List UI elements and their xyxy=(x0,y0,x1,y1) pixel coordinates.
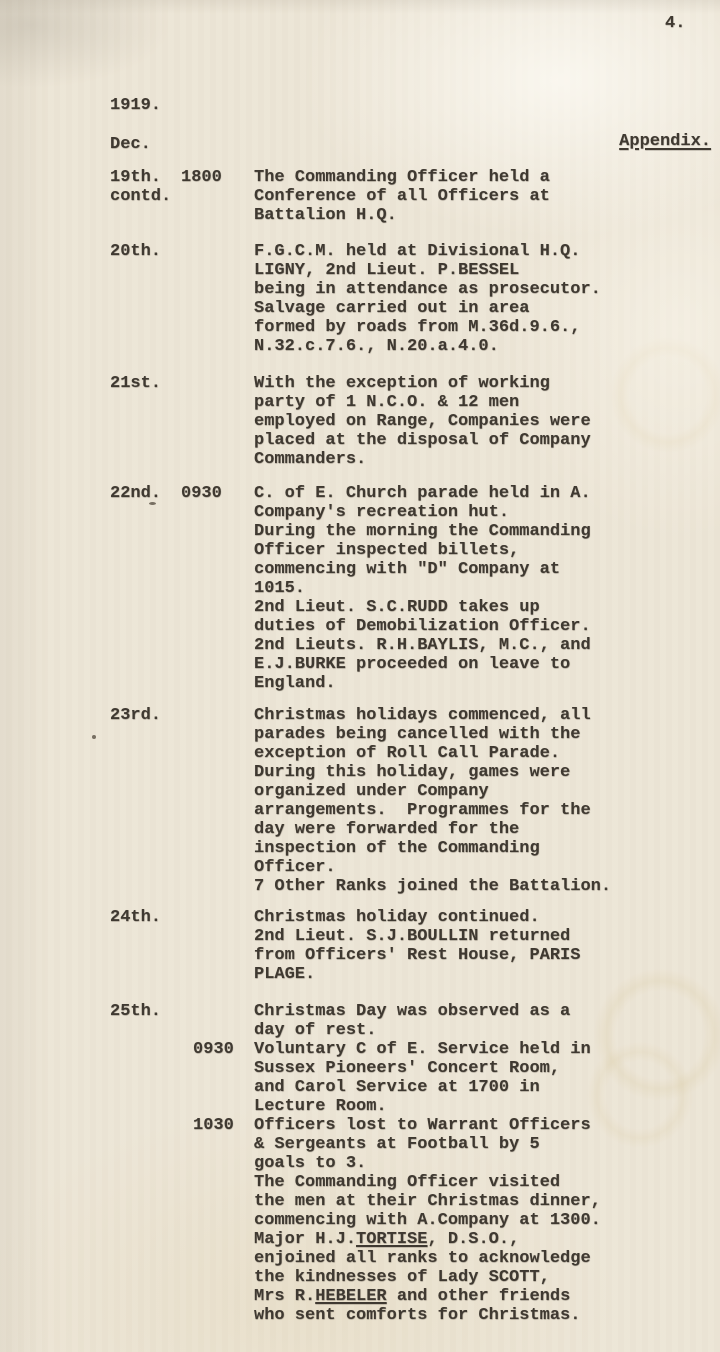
entry-text-line: Commanders. xyxy=(254,450,654,469)
entry-body: With the exception of workingparty of 1 … xyxy=(254,374,654,469)
entry-text-line: who sent comforts for Christmas. xyxy=(254,1306,654,1325)
underlined-name: HEBELER xyxy=(315,1287,386,1306)
entry-text-line: Major H.J.TORTISE, D.S.O., xyxy=(254,1230,654,1249)
entry-date-line: contd. xyxy=(110,187,171,206)
appendix-heading: Appendix. xyxy=(619,132,711,151)
entry-text-line: formed by roads from M.36d.9.6., xyxy=(254,318,654,337)
entry-text-line: Officer inspected billets, xyxy=(254,541,654,560)
entry-text-line: enjoined all ranks to acknowledge xyxy=(254,1249,654,1268)
entry-segment: F.G.C.M. held at Divisional H.Q.LIGNY, 2… xyxy=(254,242,654,356)
month-label: Dec. xyxy=(110,135,151,154)
entry-text-line: Mrs R.HEBELER and other friends xyxy=(254,1287,654,1306)
entry-date-line: 24th. xyxy=(110,908,161,927)
entry-text-line: day were forwarded for the xyxy=(254,820,654,839)
entry-text-line: 2nd Lieuts. R.H.BAYLIS, M.C., and xyxy=(254,636,654,655)
entry-text-line: being in attendance as prosecutor. xyxy=(254,280,654,299)
entry-segment: With the exception of workingparty of 1 … xyxy=(254,374,654,469)
entry-text-line: 2nd Lieut. S.C.RUDD takes up xyxy=(254,598,654,617)
entry-text-line: Christmas holidays commenced, all xyxy=(254,706,654,725)
entry-text-line: commencing with "D" Company at xyxy=(254,560,654,579)
entry-text-line: During the morning the Commanding xyxy=(254,522,654,541)
entry-text-line: & Sergeants at Football by 5 xyxy=(254,1135,654,1154)
entry-text-line: With the exception of working xyxy=(254,374,654,393)
entry-text-line: 7 Other Ranks joined the Battalion. xyxy=(254,877,654,896)
ink-speck xyxy=(149,502,156,505)
entry-text-line: During this holiday, games were xyxy=(254,763,654,782)
entry-date: 24th. xyxy=(110,908,161,927)
underlined-name: TORTISE xyxy=(356,1230,427,1249)
entry-date: 19th.contd. xyxy=(110,168,171,206)
entry-text-line: 1015. xyxy=(254,579,654,598)
entry-text-line: Christmas holiday continued. xyxy=(254,908,654,927)
entry-text-line: Salvage carried out in area xyxy=(254,299,654,318)
entry-text-line: goals to 3. xyxy=(254,1154,654,1173)
entry-date: 23rd. xyxy=(110,706,161,725)
entry-text-line: employed on Range, Companies were xyxy=(254,412,654,431)
ink-speck xyxy=(92,735,96,739)
entry-text-line: F.G.C.M. held at Divisional H.Q. xyxy=(254,242,654,261)
entry-time: 0930 xyxy=(193,1040,234,1059)
entry-text-line: Officers lost to Warrant Officers xyxy=(254,1116,654,1135)
entry-text-line: parades being cancelled with the xyxy=(254,725,654,744)
entry-time: 0930 xyxy=(181,484,222,503)
entry-segment: Christmas holiday continued.2nd Lieut. S… xyxy=(254,908,654,984)
entry-text-line: E.J.BURKE proceeded on leave to xyxy=(254,655,654,674)
entry-text-line: the kindnesses of Lady SCOTT, xyxy=(254,1268,654,1287)
entry-text-line: from Officers' Rest House, PARIS xyxy=(254,946,654,965)
entry-text-line: C. of E. Church parade held in A. xyxy=(254,484,654,503)
document-page: 4. 1919. Dec. Appendix. 19th.contd.1800T… xyxy=(0,0,720,1352)
year-label: 1919. xyxy=(110,96,161,115)
entry-text-line: Conference of all Officers at xyxy=(254,187,654,206)
entry-text-line: PLAGE. xyxy=(254,965,654,984)
entry-text-line: N.32.c.7.6., N.20.a.4.0. xyxy=(254,337,654,356)
entry-date: 20th. xyxy=(110,242,161,261)
entry-date-line: 23rd. xyxy=(110,706,161,725)
entry-text-line: exception of Roll Call Parade. xyxy=(254,744,654,763)
entry-text-line: Sussex Pioneers' Concert Room, xyxy=(254,1059,654,1078)
entry-body: Christmas holiday continued.2nd Lieut. S… xyxy=(254,908,654,984)
entry-text-line: Voluntary C of E. Service held in xyxy=(254,1040,654,1059)
entry-text-line: organized under Company xyxy=(254,782,654,801)
entry-text-line: day of rest. xyxy=(254,1021,654,1040)
entry-text-line: and Carol Service at 1700 in xyxy=(254,1078,654,1097)
entry-segment: 0930Voluntary C of E. Service held inSus… xyxy=(254,1040,654,1116)
entry-body: Christmas Day was observed as aday of re… xyxy=(254,1002,654,1325)
entry-text-line: England. xyxy=(254,674,654,693)
entry-body: 1800The Commanding Officer held aConfere… xyxy=(254,168,654,225)
entry-date: 25th. xyxy=(110,1002,161,1021)
entry-text-line: arrangements. Programmes for the xyxy=(254,801,654,820)
entry-segment: 1800The Commanding Officer held aConfere… xyxy=(254,168,654,225)
entry-date: 21st. xyxy=(110,374,161,393)
entry-segment: 1030Officers lost to Warrant Officers& S… xyxy=(254,1116,654,1325)
entry-time: 1800 xyxy=(181,168,222,187)
entry-time: 1030 xyxy=(193,1116,234,1135)
entry-text-line: inspection of the Commanding xyxy=(254,839,654,858)
entry-date: 22nd. xyxy=(110,484,161,503)
entry-segment: Christmas Day was observed as aday of re… xyxy=(254,1002,654,1040)
entry-segment: 0930C. of E. Church parade held in A.Com… xyxy=(254,484,654,693)
entry-text-line: the men at their Christmas dinner, xyxy=(254,1192,654,1211)
entry-text-line: 2nd Lieut. S.J.BOULLIN returned xyxy=(254,927,654,946)
entry-date-line: 22nd. xyxy=(110,484,161,503)
entry-text-line: commencing with A.Company at 1300. xyxy=(254,1211,654,1230)
entry-text-line: Battalion H.Q. xyxy=(254,206,654,225)
entry-body: F.G.C.M. held at Divisional H.Q.LIGNY, 2… xyxy=(254,242,654,356)
entry-text-line: party of 1 N.C.O. & 12 men xyxy=(254,393,654,412)
entry-date-line: 19th. xyxy=(110,168,171,187)
entry-text-line: placed at the disposal of Company xyxy=(254,431,654,450)
entry-text-line: LIGNY, 2nd Lieut. P.BESSEL xyxy=(254,261,654,280)
entry-text-line: Lecture Room. xyxy=(254,1097,654,1116)
entry-text-line: The Commanding Officer visited xyxy=(254,1173,654,1192)
entry-text-line: The Commanding Officer held a xyxy=(254,168,654,187)
page-number: 4. xyxy=(665,14,685,33)
entry-text-line: Officer. xyxy=(254,858,654,877)
entry-segment: Christmas holidays commenced, allparades… xyxy=(254,706,654,896)
entry-body: 0930C. of E. Church parade held in A.Com… xyxy=(254,484,654,693)
entry-text-line: Christmas Day was observed as a xyxy=(254,1002,654,1021)
entry-text-line: Company's recreation hut. xyxy=(254,503,654,522)
entry-text-line: duties of Demobilization Officer. xyxy=(254,617,654,636)
entry-body: Christmas holidays commenced, allparades… xyxy=(254,706,654,896)
entry-date-line: 20th. xyxy=(110,242,161,261)
entry-date-line: 25th. xyxy=(110,1002,161,1021)
entry-date-line: 21st. xyxy=(110,374,161,393)
